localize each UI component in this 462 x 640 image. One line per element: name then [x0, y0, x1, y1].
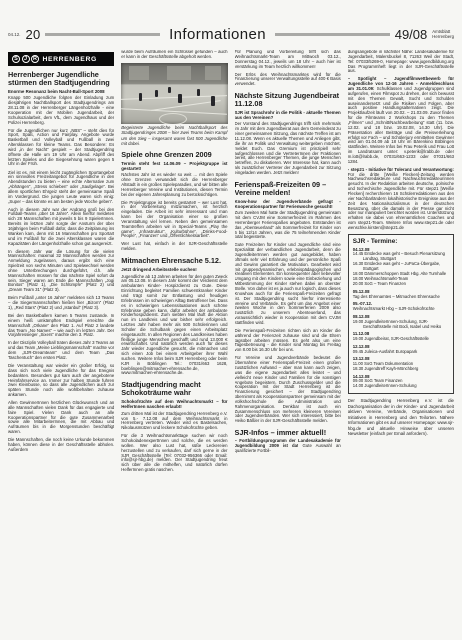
logo-letter-icon: R: [31, 55, 39, 63]
publication-name: Amtsblatt Herrenberg: [432, 30, 454, 39]
paragraph-lead: - step21 - Initiative für Toleranz und V…: [348, 167, 454, 172]
paragraph: Die Ferienspaß-Freizeiten richten sich a…: [235, 329, 341, 353]
article-subheading: Enorme Resonanz beim Nacht-Ball-Sport 20…: [8, 89, 114, 94]
paragraph: Die Projektgruppe ist bereits gestartet!…: [121, 201, 227, 240]
header-rule-right: [275, 33, 390, 37]
paragraph: Knapp 500 Jugendliche folgten der Einlad…: [8, 96, 114, 125]
page-title: Informationen: [165, 26, 270, 43]
termine-item: 18.30 Jugendtreff Kayh-Mönchberg: [353, 367, 449, 372]
column-4: dungsangebote in nächster Nähe: Landesak…: [348, 50, 454, 634]
paragraph: Die Veranstaltung war wieder ein großer …: [8, 364, 114, 398]
termine-item: 09.45 Juleica-Ausfahrt Europapark: [353, 350, 449, 355]
article-subheading: Termin steht fest 14.06.09 – Projektgrup…: [121, 161, 227, 171]
hall-window: [129, 66, 149, 80]
header-rule-left: [45, 33, 160, 37]
paragraph: In diesem Jahr war die Lösung für die vi…: [8, 250, 114, 294]
paragraph: – Fortbildungsprogramm der Landesakademi…: [235, 439, 341, 454]
publication-line-2: Herrenberg: [432, 35, 454, 40]
paragraph: - step21 - Initiative für Toleranz und V…: [348, 168, 454, 231]
article-subheading: Know-how der Jugendverbände gefragt - Ko…: [235, 199, 341, 209]
termine-item: 14.00 JugendleiterInnen-Schulung: [353, 384, 449, 389]
paragraph: Der Erlös des Weihnachtsmarktes wird für…: [235, 73, 341, 88]
photo-caption: Begeisterte Jugendliche beim Nachtballsp…: [121, 125, 227, 145]
article-heading: Stadtjugendring macht Schokoträume wahr: [121, 381, 227, 397]
player-figure: [211, 96, 215, 106]
paragraph: Der Vorstand des Stadtjugendrings trifft…: [235, 122, 341, 175]
page-header: 04.12. 20 Informationen 49/08 Amtsblatt …: [8, 26, 454, 43]
article-heading: Ferienspaß-Freizeiten 09 – Vereine melde…: [235, 181, 341, 197]
sjr-logo: SJRHERRENBERG: [8, 52, 114, 66]
paragraph: Die Mannschaften, die noch keine Urkunde…: [8, 438, 114, 453]
logo-letter-icon: S: [12, 55, 20, 63]
paragraph-lead: – Fortbildungsprogramm der Landesakademi…: [235, 438, 341, 448]
column-2: wurde beim Aufräumen ein Schlüssel gefun…: [121, 50, 227, 634]
column-3: Für Planung und Vorbereitung trifft sich…: [235, 50, 341, 634]
paragraph-lead: – Spotlight – Jugendfilmwettbewerb für J…: [348, 76, 454, 91]
paragraph: Jugendliche ab 13 Jahren arbeiten für de…: [121, 275, 227, 377]
paragraph: Für die Jugendlichen nur kurz „NBS“ – st…: [8, 129, 114, 168]
paragraph: Ziel ist es, mit einem leicht zugänglich…: [8, 171, 114, 205]
paragraph: Beim Fußball „unter 16 Jahre“ meldeten s…: [8, 296, 114, 311]
article-subheading: SJR ist Sprachrohr in die Politik - aktu…: [235, 110, 341, 120]
article-heading: Herrenberger Jugendliche stürmen den Sta…: [8, 71, 114, 87]
newspaper-page: 04.12. 20 Informationen 49/08 Amtsblatt …: [0, 0, 462, 640]
hall-window: [167, 66, 191, 80]
article-heading: Nächste Sitzung Jugendbeirat 11.12.08: [235, 92, 341, 108]
termine-item: Tag des Ehrenamtes – Mitmachen Ehrensach…: [353, 295, 449, 300]
footer-note: Der Stadtjugendring Herrenberg e.V. ist …: [348, 398, 454, 437]
paragraph: Gute Freizeiten für Kinder und Jugendlic…: [235, 243, 341, 325]
paragraph: Nächstes Jahr ist es wieder so weit … mi…: [121, 173, 227, 197]
player-figure: [139, 93, 142, 101]
paragraph: Allen GewinnerInnen herzlichen Glückwuns…: [8, 401, 114, 435]
termine-box: SJR - Termine:04.12.0814.45 Entdecke was…: [348, 234, 454, 394]
termine-item: 19.00 Jugendbeirat, SJR-Geschäftsstelle: [353, 337, 449, 342]
column-1: SJRHERRENBERGHerrenberger Jugendliche st…: [8, 50, 114, 634]
columns: SJRHERRENBERGHerrenberger Jugendliche st…: [8, 50, 454, 634]
issue-date: 04.12.: [8, 32, 21, 37]
paragraph: Für Vereine und Jugendverbände bedeutet …: [235, 356, 341, 424]
court-circle: [159, 113, 187, 124]
article-heading: Spiele ohne Grenzen 2009: [121, 151, 227, 159]
article-heading: Mitmachen Ehrensache 5.12.: [121, 257, 227, 265]
logo-letter-icon: J: [22, 55, 30, 63]
termine-title: SJR - Termine:: [353, 238, 449, 245]
player-figure: [178, 94, 182, 103]
paragraph: – Spotlight – Jugendfilmwettbewerb für J…: [348, 77, 454, 164]
player-figure: [155, 90, 158, 97]
article-subheading: Schokofrüchte auf dem Weihnachtsmarkt – …: [121, 399, 227, 409]
paragraph: Für Planung und Vorbereitung trifft sich…: [235, 50, 341, 69]
hall-window: [205, 66, 221, 80]
paragraph: Zum zweiten Mal hatte der Stadtjugendrin…: [235, 211, 341, 240]
page-number: 20: [26, 27, 41, 42]
paragraph: Für die 3 Weihnachtsmarkttage suchen wir…: [121, 434, 227, 473]
paragraph: In der Disziplin Volleyball traten diese…: [8, 341, 114, 360]
paragraph: Zum dritten Mal ist der Stadtjugendring …: [121, 412, 227, 431]
termine-item: 20.00 SoG – Team Finanzen: [353, 282, 449, 287]
paragraph: dungsangebote in nächster Nähe: Landesak…: [348, 50, 454, 74]
article-subheading: Jetzt dringend Arbeitsstelle suchen!: [121, 267, 227, 272]
termine-item: Weihnachtsmarkt Hbg – SJR-Schokofrüchte: [353, 307, 449, 312]
logo-name: HERRENBERG: [43, 56, 97, 63]
paragraph: Auch in diesem Jahr war der Andrang groß…: [8, 208, 114, 247]
paragraph: Wer Lust hat, einfach in der SJR-Geschäf…: [121, 242, 227, 252]
issue-number: 49/08: [395, 27, 428, 42]
termine-item: 19.00 JugendleiterInnen-Schulung, SJR-Ge…: [353, 320, 449, 330]
article-heading: SJR-Infos – immer aktuell!: [235, 429, 341, 437]
paragraph: Bei den Basketballern kamen 5 Teams zust…: [8, 314, 114, 338]
nachtballsport-photo: [121, 63, 227, 124]
player-figure: [197, 89, 200, 96]
paragraph: wurde beim Aufräumen ein Schlüssel gefun…: [121, 50, 227, 60]
player-figure: [168, 87, 171, 93]
